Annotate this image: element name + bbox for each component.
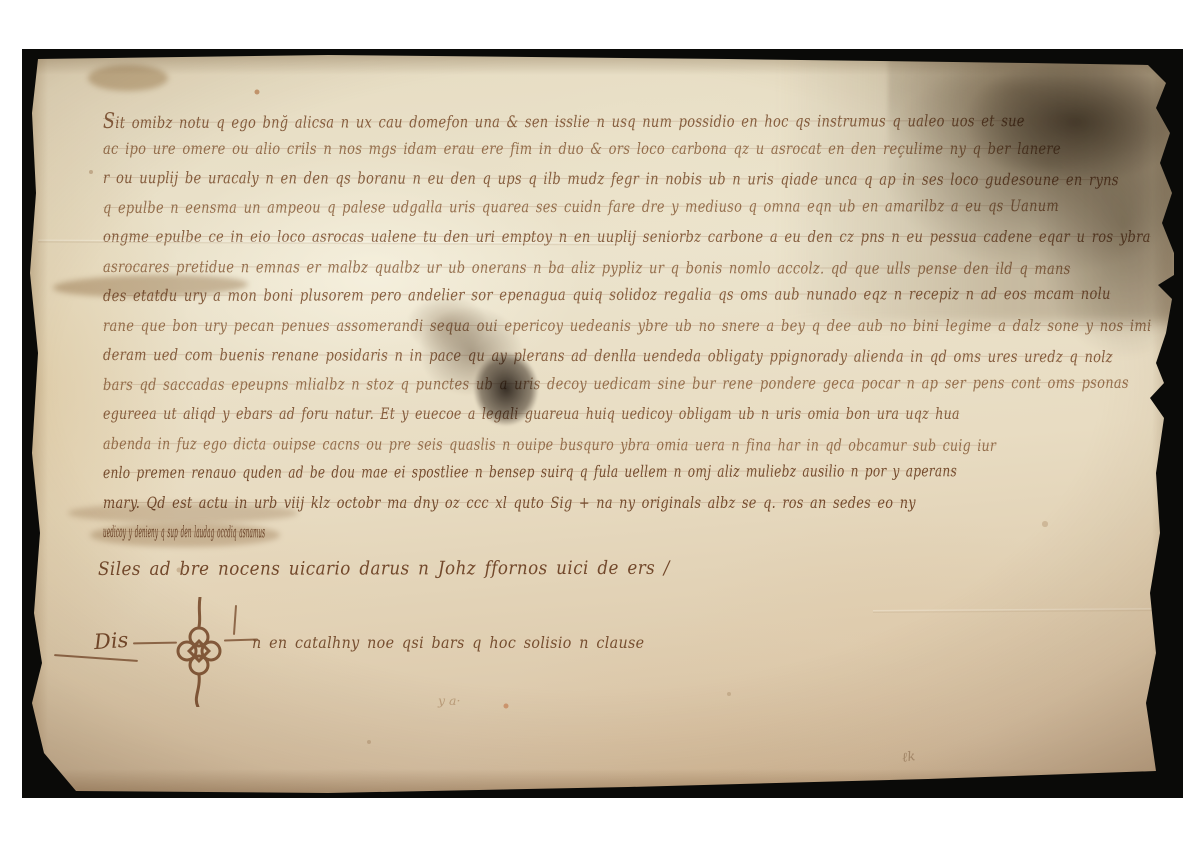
sig-cross-stroke	[233, 605, 237, 635]
manuscript-text-layer: Sit omibz notu q ego bnğ alicsa n ux cau…	[28, 53, 1176, 795]
manuscript-text-line: rane que bon ury pecan penues assomerand…	[103, 316, 1151, 346]
corner-inscription: ℓk	[901, 748, 916, 766]
black-mat-background: Sit omibz notu q ego bnğ alicsa n ux cau…	[22, 49, 1183, 798]
manuscript-text-line: ongme epulbe ce in eio loco asrocas uale…	[103, 227, 1153, 257]
manuscript-text-line: egureea ut aliqd y ebars ad foru natur. …	[103, 404, 1115, 434]
notary-closing-line: n en catalhny noe qsi bars q hoc solisio…	[252, 633, 644, 652]
manuscript-text-line: enlo premen renauo quden ad be dou mae e…	[103, 461, 1083, 493]
notary-sig-word: Dis	[93, 628, 129, 654]
faint-center-mark: y a·	[438, 693, 460, 708]
manuscript-text-line: mary. Qd est actu in urb viij klz octobr…	[103, 493, 1139, 523]
rust-speckles	[28, 53, 30, 55]
manuscript-text-line: des etatdu ury a mon boni plusorem pero …	[103, 284, 1152, 316]
manuscript-text-line: uedicoy y denieny q sup den laudag occdi…	[103, 522, 555, 552]
sig-connector-stroke-left	[133, 642, 177, 645]
parchment-document: Sit omibz notu q ego bnğ alicsa n ux cau…	[28, 53, 1176, 795]
notarial-knot-icon	[175, 597, 223, 707]
manuscript-text-line: q epulbe n eensma un ampeou q palese udg…	[103, 195, 1143, 227]
docket-line: Siles ad bre nocens uicario darus n Johz…	[98, 558, 670, 580]
manuscript-text-line: deram ued com buenis renane posidaris n …	[103, 345, 1149, 377]
manuscript-text-line: ac ipo ure omere ou alio crils n nos mgs…	[103, 139, 1151, 169]
manuscript-text-line: r ou uuplij be uracaly n en den qs boran…	[103, 168, 1152, 200]
manuscript-text-line: bars qd saccadas epeupns mlialbz n stoz …	[103, 372, 1149, 404]
sig-flourish-stroke	[54, 654, 138, 662]
manuscript-text-line: Sit omibz notu q ego bnğ alicsa n ux cau…	[103, 107, 1149, 139]
manuscript-main-text-block: Sit omibz notu q ego bnğ alicsa n ux cau…	[103, 109, 1200, 552]
